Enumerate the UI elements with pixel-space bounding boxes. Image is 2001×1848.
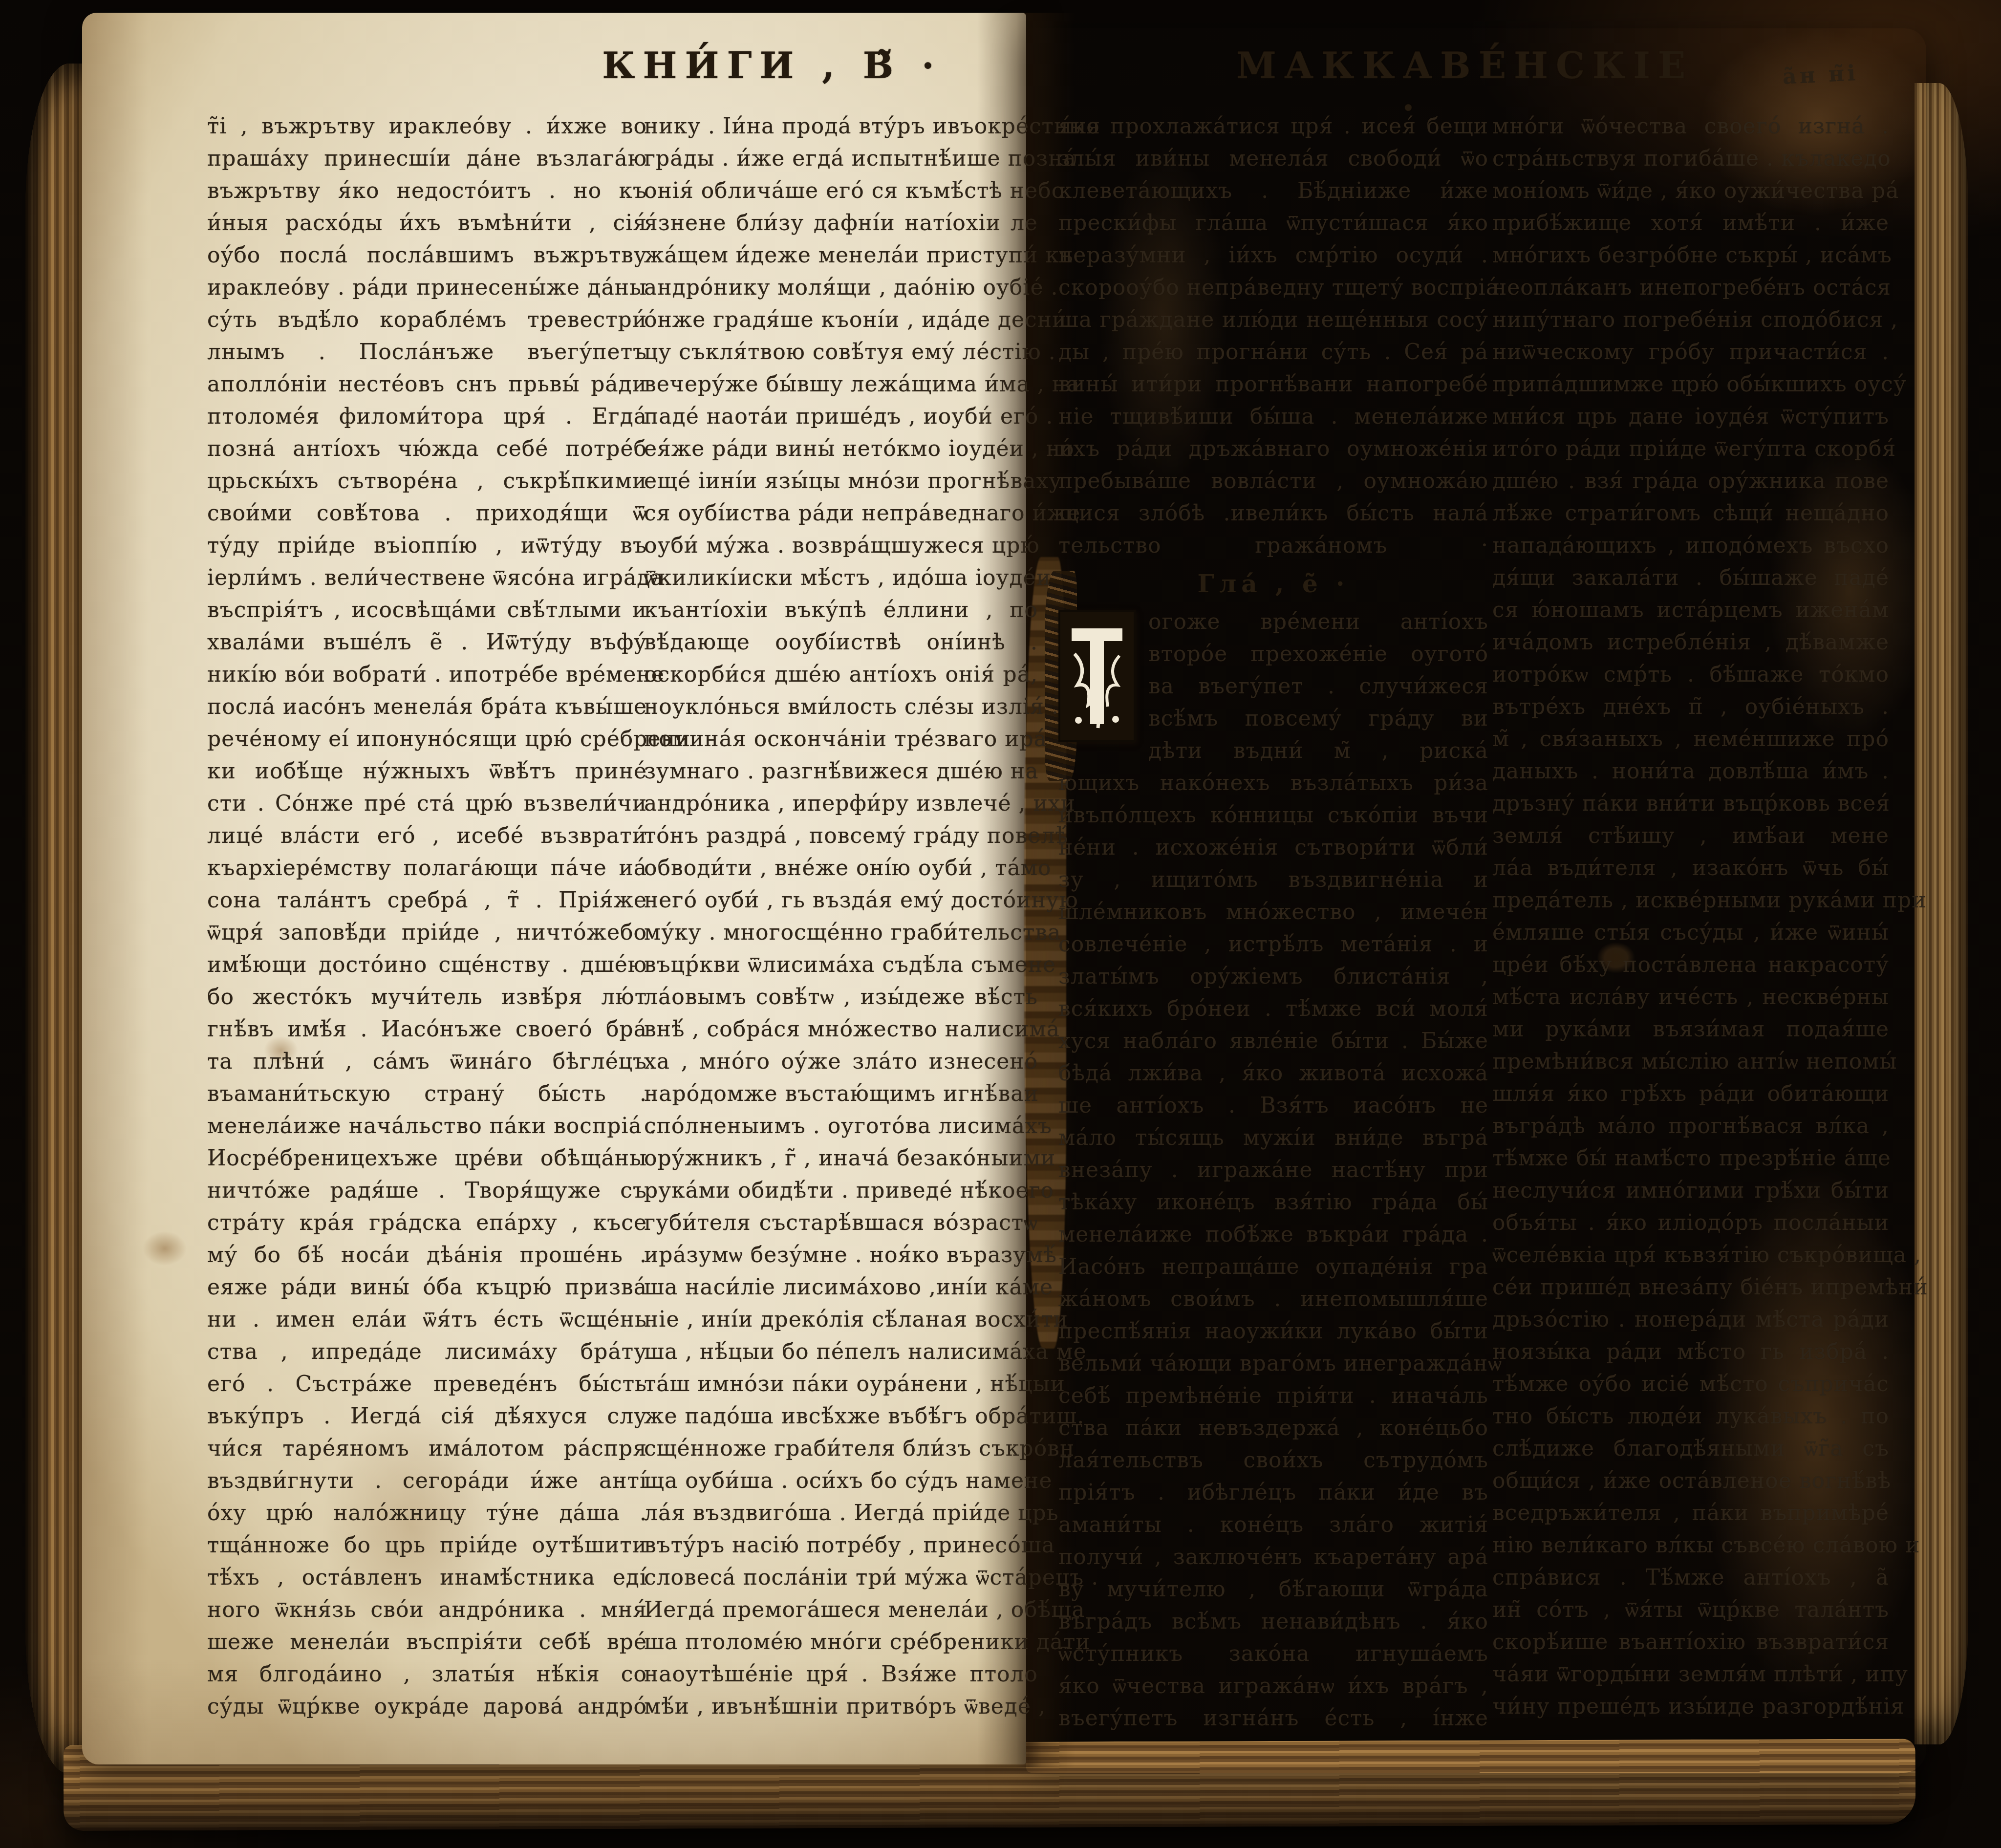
photo-of-open-book: КНИ́ГИ , В̃ · МАККАВЕ́НСКІЕ · а̃н н̃і т̃…	[0, 0, 2001, 1848]
text-line: скорооу́бо непра́ведну тщету́ воспріа́	[1058, 272, 1488, 304]
text-line: паде́ наота́и прише́дъ , иоуби́ его́ .	[644, 401, 1038, 433]
text-line: дя́щи закала́ти . бы́шаже паде́	[1492, 562, 1889, 594]
text-line: ѿкиликі́иски мѣ́стъ , идо́ша іоуде́и	[644, 562, 1038, 594]
drop-cap-initial-T	[1058, 610, 1136, 742]
text-line: пребыва́ше вовла́сти , оумножа́ю	[1058, 465, 1488, 497]
text-line: неслучи́ся имно́гими грѣ́хи бы́ти	[1492, 1175, 1889, 1207]
text-line: въту́ръ насію́ потре́бу , принесо́ша	[644, 1529, 1038, 1562]
text-line: дръзну́ па́ки вни́ти въцр́ковь всея́	[1492, 788, 1889, 820]
text-line: лнымъ . Посла́нъже въегу́петъ	[207, 336, 647, 368]
text-line: гра́ды . и́же егда́ испытнѣ́ише позна́	[644, 143, 1038, 175]
text-line: злы́я иви́ны менела́я свободи́ ѿо	[1058, 143, 1488, 175]
text-line: ѿсту́пникъ зако́на игнуша́емъ	[1058, 1638, 1488, 1670]
text-line: ша гра́ждане илю́ди неще́нныя сосу́	[1058, 304, 1488, 336]
text-line: лѣ́же страти́гомъ сѣщи́ неща́дно	[1492, 497, 1889, 530]
text-line: ву мучи́телю , бѣ́гающи ѿгра́да	[1058, 1573, 1488, 1606]
text-line: вельми́ ча́ющи враго́мъ инегражда́нѡ	[1058, 1348, 1488, 1380]
text-line: вседръжи́теля , па́ки въпримѣре́	[1492, 1497, 1889, 1529]
text-line: тельство гража́номъ ·	[1058, 530, 1488, 562]
text-line: нику . Іи́на прода́ вту́ръ ивъокре́стныя	[644, 110, 1038, 143]
text-line: онія́ облича́ше его́ ся къмѣ́стѣ небо	[644, 175, 1038, 207]
text-line: се́и прише́д внеза́пу біе́нъ ипремѣни́	[1492, 1271, 1889, 1304]
text-line: ноязы́ка ра́ди мѣ́сто гь избра́ .	[1492, 1336, 1889, 1368]
text-line: нію вели́каго вл́кы съвсе́ю сла́вою и	[1492, 1529, 1889, 1562]
text-line: ша , нѣ́цыи бо пе́пелъ налисима́ха ме	[644, 1336, 1038, 1368]
text-line: неопла́канъ инепогребе́нъ оста́ся	[1492, 272, 1889, 304]
text-line: ла́а въди́теля , изако́нъ ѿчь бы́	[1492, 852, 1889, 884]
text-line: ства па́ки невъздержа́ , коне́цьбо	[1058, 1412, 1488, 1444]
text-line: въжрътву я́ко недосто́итъ . но къ	[207, 175, 647, 207]
text-line: сще́нноже граби́теля бли́зъ съкро́вн	[644, 1433, 1038, 1465]
text-line: андро́ника , иперфи́ру извлече́ , ихи	[644, 788, 1038, 820]
text-line: мно́гихъ безгро́бне съкры́ , иса́мъ	[1492, 239, 1889, 272]
text-line: менела́иже нача́льство па́ки воспріа́ .	[207, 1110, 647, 1142]
text-line: златы́мъ ору́жіемъ блиста́нія ,	[1058, 961, 1488, 993]
text-line: нипу́тнаго погребе́нія сподо́бися ,	[1492, 304, 1889, 336]
text-line: ся оубі́иства ра́ди непра́веднаго и́же	[644, 497, 1038, 530]
text-line: зу , ищито́мъ въздвигне́ніа и	[1058, 864, 1488, 896]
text-line: получи́ , заключе́нъ къарета́ну ара́	[1058, 1541, 1488, 1573]
text-line: чи́ну преше́дъ изы́иде разгордѣ́нія	[1492, 1691, 1889, 1723]
text-line: амани́ты . коне́цъ зла́го житія́	[1058, 1509, 1488, 1541]
text-line: іерли́мъ . вели́чествене ѿясо́на игра́да	[207, 562, 647, 594]
text-line: обводи́ти , вне́же оні́ю оуби́ , та́мо	[644, 852, 1038, 884]
text-line: мѣ́и , ивънѣ́шніи притво́ръ ѿведе́ ,	[644, 1691, 1038, 1723]
text-line: ея́же ра́ди вины́ нето́кмо іоуде́и , но	[644, 433, 1038, 465]
text-line: имѣ́ющи досто́ино сще́нству . дше́ю	[207, 949, 647, 981]
text-line: ся ю́ношамъ иста́рцемъ ижена́м	[1492, 594, 1889, 626]
text-line: тѣ́хъ , оста́вленъ инамѣ́стника еді́	[207, 1562, 647, 1594]
text-line: напада́ющихъ , иподо́мехъ въсхо	[1492, 530, 1889, 562]
text-line: ша птоломе́ю мно́ги сре́бреники да́ти	[644, 1626, 1038, 1658]
text-line: скорѣ́ише въанті́охію възврати́ся	[1492, 1626, 1889, 1658]
text-line: шля́я я́ко грѣ́хъ ра́ди обита́ющи	[1492, 1078, 1889, 1110]
text-line: ноукло́нься вми́лость сле́зы излія́ .	[644, 691, 1038, 723]
text-line: моні́омъ ѿи́де , я́ко оужи́чества ра́	[1492, 175, 1889, 207]
text-line: мѣ́ста исла́ву иче́сть , нескве́рны	[1492, 981, 1889, 1013]
text-line: я́знене бли́зу дафні́и наті́охіи ле	[644, 207, 1038, 239]
text-line: въспрія́тъ , исосвѣща́ми свѣ́тлыми и	[207, 594, 647, 626]
text-line: помина́я осконча́ніи тре́зваго ира́	[644, 723, 1038, 755]
text-line: ича́домъ истребле́нія , дѣ́вамже	[1492, 626, 1889, 659]
text-line: позна́ анті́охъ чю́жда себе́ потре́б	[207, 433, 647, 465]
text-line: спра́вися . Тѣ́мже анті́охъ , а̃	[1492, 1562, 1889, 1594]
text-column-4: мно́ги ѿо́чества своего́ изгна́ .стра́нь…	[1492, 110, 1889, 1723]
text-line: та́ш имно́зи па́ки оура́нени , нѣ́цыи	[644, 1368, 1038, 1400]
text-line: еще́ іині́и язы́цы мно́зи прогнѣ́ваху	[644, 465, 1038, 497]
text-line: и́ныя расхо́ды и́хъ въмѣни́ти , сія́	[207, 207, 647, 239]
text-line: объя́ты . я́ко иліодо́ръ посла́ныи	[1492, 1207, 1889, 1239]
text-line: даныхъ . нони́та довлѣ́ша и́мъ .	[1492, 755, 1889, 788]
text-line: преспѣ́янія наоужи́ки лука́во бы́ти	[1058, 1315, 1488, 1348]
text-line: никі́ю во́и вобрати́ . ипотре́бе вре́мен…	[207, 659, 647, 691]
text-line: посла́ иасо́нъ менела́я бра́та къвы́ше	[207, 691, 647, 723]
text-line: лая́тельствъ свои́хъ сътрудо́мъ	[1058, 1444, 1488, 1477]
text-line: ору́жникъ , г̃ , инача́ безако́ныими	[644, 1142, 1038, 1175]
text-line: въамани́тьскую страну́ бы́сть .	[207, 1078, 647, 1110]
text-line: я́ко прохлажа́тися цря́ . исея́ бещи	[1058, 110, 1488, 143]
text-line: преда́тель , искве́рными рука́ми при	[1492, 884, 1889, 917]
text-line: шле́мниковъ мно́жество , имече́н	[1058, 896, 1488, 928]
text-line: въгра́дѣ ма́ло прогнѣ́вася вл́ка ,	[1492, 1110, 1889, 1142]
text-line: е́мляше сты́я съсу́ды , и́же ѿины́	[1492, 917, 1889, 949]
text-line: прески́фы гла́ша ѿпусти́шася я́ко	[1058, 207, 1488, 239]
text-line: совлече́ніе , истрѣ́лъ мета́нія . и	[1058, 928, 1488, 961]
text-line: сона тала́нтъ сребра́ , т̃ . Прія́же	[207, 884, 647, 917]
text-line: бѣда́ лжи́ва , я́ко живота́ исхожа́	[1058, 1057, 1488, 1090]
text-line: иотро́кѡ смр́ть . бѣ́шаже то́кмо	[1492, 659, 1889, 691]
text-line: цу съкля́твою совѣ́туя ему́ ле́стію .	[644, 336, 1038, 368]
text-line: ниѿческому гро́бу причасти́ся .	[1492, 336, 1889, 368]
text-line: неразу́мни , іи́хъ смр́тію осуди́ .	[1058, 239, 1488, 272]
text-line: наоутѣше́ніе цря́ . Взя́же птоло	[644, 1658, 1038, 1691]
text-line: словеса́ посла́ніи три́ му́жа ѿста́рецъ …	[644, 1562, 1038, 1594]
text-line: его́ . Състра́же преведе́нъ бы́сть	[207, 1368, 647, 1400]
text-line: та плѣни́ , са́мъ ѿина́го бѣгле́цъ	[207, 1046, 647, 1078]
text-line: вины́ ити́ри прогнѣ́вани напогребе́	[1058, 368, 1488, 401]
text-line: ды , пре́ю прогна́ни су́ть . Сея́ ра́	[1058, 336, 1488, 368]
text-line: м̃ , свя́заныхъ , неме́ншиже про́	[1492, 723, 1889, 755]
text-line: су́ды ѿцр́кве оукра́де дарова́ андро́	[207, 1691, 647, 1723]
text-line: внеза́пу . игража́не настѣ́ну при	[1058, 1154, 1488, 1186]
text-line: ѿцря́ заповѣ́ди пріи́де , ничто́жебо	[207, 917, 647, 949]
text-line: слѣ́диже благодѣ́яными ѿг̃а съ	[1492, 1433, 1889, 1465]
text-line: тѣка́ху иконе́цъ взя́тію гра́да бы́	[1058, 1186, 1488, 1219]
text-line: ла́я въздвиго́ша . Иегда́ пріи́де црь	[644, 1497, 1038, 1529]
text-line: лице́ вла́сти его́ , исебе́ възврати́	[207, 820, 647, 852]
text-column-3: я́ко прохлажа́тися цря́ . исея́ бещизлы́…	[1058, 110, 1488, 1735]
text-line: му́ку . многосще́нно граби́тельства	[644, 917, 1038, 949]
text-line: наро́домже въстаю́щимъ игнѣ́ваи	[644, 1078, 1038, 1110]
text-line: ивъпо́лцехъ ко́нницы съко́піи въчи	[1058, 799, 1488, 832]
text-line: ираклео́ву . ра́ди принесены́же да́ны	[207, 272, 647, 304]
text-line: ки иобѣ́ще ну́жныхъ ѿвѣ́тъ прине́	[207, 755, 647, 788]
text-line: сти . Со́нже пре́ ста́ црю́ възвели́чи	[207, 788, 647, 820]
text-line: и́хъ ра́ди дръжа́внаго оумноже́нія	[1058, 433, 1488, 465]
text-line: щися зло́бѣ .ивели́къ бы́сть нала́	[1058, 497, 1488, 530]
text-line: клевета́ющихъ . Бѣ́дніиже и́же	[1058, 175, 1488, 207]
text-line: тѣ́мже бы́ намѣ́сто презрѣ́ніе а́ще	[1492, 1142, 1889, 1175]
column-3-wrapped-lines: огоже вре́мени анті́охъвторо́е прехоже́н…	[1058, 606, 1488, 1735]
text-line: то́нъ раздра́ , повсему́ гра́ду повелѣ́	[644, 820, 1038, 852]
text-line: тно бы́сть люде́и лука́выхъ . по	[1492, 1400, 1889, 1433]
text-line: мни́ся црь дане іоуде́я ѿсту́питъ	[1492, 401, 1889, 433]
text-line: же падо́ша ивсѣ́хже въбѣ́гъ обра́тиш.	[644, 1400, 1038, 1433]
text-line: ничто́же радя́ше . Творя́щуже съ	[207, 1175, 647, 1207]
text-line: птоломе́я филоми́тора цря́ . Егда́	[207, 401, 647, 433]
text-line: припа́дшимже црю́ обы́кшихъ оусу́	[1492, 368, 1889, 401]
text-line: оу́бо посла́ посла́вшимъ въжрътву	[207, 239, 647, 272]
text-line: ного ѿкня́зь сво́и андро́ника . мня́	[207, 1594, 647, 1626]
text-line: земля́ стѣ́ишу , имѣ́аи мене	[1492, 820, 1889, 852]
text-line: Иегда́ премога́шеся менела́и , обѣ́ща	[644, 1594, 1038, 1626]
text-line: оскорби́ся дше́ю анті́охъ онія́ ра́,	[644, 659, 1038, 691]
text-line: оуби́ му́жа . возвра́щшужеся црю́	[644, 530, 1038, 562]
text-line: о́нже градя́ше къоні́и , ида́де десни́	[644, 304, 1038, 336]
text-line: себѣ́ премѣне́ніе прія́ти . инача́ль	[1058, 1380, 1488, 1412]
text-line: ни . имен ела́и ѿя́тъ е́сть ѿсще́нь	[207, 1304, 647, 1336]
text-line: не́ни . исхоже́нія сътвори́ти ѿбли́	[1058, 832, 1488, 864]
text-line: общи́ся , и́же оста́вленое вогнѣ́вѣ	[1492, 1465, 1889, 1497]
text-line: ту́ду пріи́де въіоппі́ю , иѿту́ду въ	[207, 530, 647, 562]
text-line: чи́ся таре́яномъ има́лотом ра́спря	[207, 1433, 647, 1465]
text-line: въздви́гнути . сегора́ди и́же анті́	[207, 1465, 647, 1497]
text-line: ла́овымъ совѣ́тѡ , изы́деже вѣ́сть	[644, 981, 1038, 1013]
text-line: Иосре́бреницехъже цре́ви обѣща́ны	[207, 1142, 647, 1175]
text-column-1: т̃і , въжрътву ираклео́ву . и́хже вопраш…	[207, 110, 647, 1723]
text-line: ніе , ині́и дреко́лія сѣ́ланая восхи́ти	[644, 1304, 1038, 1336]
text-line: хвала́ми въше́лъ е̃ . Иѿту́ду въфу́	[207, 626, 647, 659]
text-line: премѣни́вся мы́слію анті́ѡ непомы́	[1492, 1046, 1889, 1078]
text-line: о́ху црю́ нало́жницу ту́не да́ша .	[207, 1497, 647, 1529]
text-line: него́ оуби́ , гь възда́я ему́ досто́иную	[644, 884, 1038, 917]
running-title-left: КНИ́ГИ , В̃ ·	[533, 45, 1011, 87]
text-line: андро́нику моля́щи , дао́нію оубіе́ .	[644, 272, 1038, 304]
text-line: тѣ́мже оу́бо исіе́ мѣ́сто съприча́с	[1492, 1368, 1889, 1400]
text-line: я́ко ѿчества игража́нѡ и́хъ вра́гъ ,	[1058, 1670, 1488, 1702]
text-line: ства , ипреда́де лисима́ху бра́ту	[207, 1336, 647, 1368]
text-line: Иасо́нъ непраща́ше оупаде́нія гра	[1058, 1251, 1488, 1283]
text-line: дрьзо́стію . нонера́ди мѣ́ста ра́ди	[1492, 1304, 1889, 1336]
text-line: вътре́хъ дне́хъ п̃ , оубіе́ныхъ .	[1492, 691, 1889, 723]
text-line: стра́ньствуя погиба́ше . кълакедо	[1492, 143, 1889, 175]
column-3-upper-text: я́ко прохлажа́тися цря́ . исея́ бещизлы́…	[1058, 110, 1488, 562]
text-line: ѿселе́вкіа цря́ къвзя́тію съкро́вища ,	[1492, 1239, 1889, 1271]
text-line: въку́пръ . Иегда́ сія́ дѣ́яхуся слу	[207, 1400, 647, 1433]
foliation-mark: а̃н н̃і	[1782, 61, 1859, 89]
text-line: црьскы́хъ сътворе́на , съкрѣ́пкими	[207, 465, 647, 497]
text-line: губи́теля състарѣ́вшася во́зрастѡ	[644, 1207, 1038, 1239]
woodcut-initial-T-icon	[1068, 620, 1126, 732]
text-line: рука́ми обидѣ́ти . приведе́ нѣ́коего	[644, 1175, 1038, 1207]
text-line: зумнаго . разгнѣ́вижеся дше́ю на	[644, 755, 1038, 788]
text-line: менела́иже побѣ́же въкра́и гра́да .	[1058, 1219, 1488, 1251]
text-line: гнѣ́въ имѣ́я . Иасо́нъже своего́ бра́	[207, 1013, 647, 1046]
text-line: му́ бо бѣ́ носа́и дѣа́нія проше́нь .	[207, 1239, 647, 1271]
text-line: въегу́петъ изгна́нъ е́сть , і́нже	[1058, 1702, 1488, 1735]
text-line: къархіере́мству полага́ющи па́че иа́	[207, 852, 647, 884]
text-line: стра́ту кра́я гра́дска епа́рху , късе	[207, 1207, 647, 1239]
text-line: спо́лненыимъ . оугото́ва лисима́хъ	[644, 1110, 1038, 1142]
text-line: ше анті́охъ . Взя́тъ иасо́нъ не	[1058, 1090, 1488, 1122]
text-line: вся́кихъ бро́неи . тѣ́мже вси́ моля́	[1058, 993, 1488, 1025]
text-line: жа́щем и́деже менела́и приступи́ къ	[644, 239, 1038, 272]
text-line: ин̃ со́тъ , ѿя́ты ѿцр́кве тала́нтъ	[1492, 1594, 1889, 1626]
text-line: свои́ми совѣ́това . приходя́щи ѿ	[207, 497, 647, 530]
text-line: рече́ному еі́ ипонуно́сящи црю́ сре́брен…	[207, 723, 647, 755]
text-line: ма́ло ты́сящь мужі́и вни́де въгра́	[1058, 1122, 1488, 1154]
text-line: ча́яи ѿгорды́ни земля́м плѣти́ , ипу	[1492, 1658, 1889, 1691]
text-line: су́ть въдѣ́ло корабле́мъ тревестри́	[207, 304, 647, 336]
text-line: дше́ю . взя́ гра́да ору́жника пове	[1492, 465, 1889, 497]
text-line: ніе тщивѣ́иши бы́ша . менела́иже	[1058, 401, 1488, 433]
text-line: мя блгода́ино , златы́я нѣ́кія со	[207, 1658, 647, 1691]
text-line: ира́зумѡ безу́мне . ноя́ко въразумѣ́	[644, 1239, 1038, 1271]
text-line: вечеру́же бы́вшу лежа́щима и́ма , на	[644, 368, 1038, 401]
text-line: ющихъ нако́нехъ възла́тыхъ ри́за	[1058, 767, 1488, 799]
text-line: т̃і , въжрътву ираклео́ву . и́хже во	[207, 110, 647, 143]
text-line: ха , мно́го оу́же зла́то изнесено́	[644, 1046, 1038, 1078]
text-line: тща́нноже бо црь пріи́де оутѣ́шити	[207, 1529, 647, 1562]
text-line: цре́и бѣ́ху поста́влена накрасоту́	[1492, 949, 1889, 981]
text-line: внѣ́ , собра́ся мно́жество налисима́	[644, 1013, 1038, 1046]
text-column-2: нику . Іи́на прода́ вту́ръ ивъокре́стныя…	[644, 110, 1038, 1723]
text-line: ща оуби́ша . оси́хъ бо су́дъ намене	[644, 1465, 1038, 1497]
text-line: вѣ́дающе ооубі́иствѣ оні́инѣ .	[644, 626, 1038, 659]
text-line: къанті́охіи въку́пѣ е́ллини , по	[644, 594, 1038, 626]
text-line: аполло́ніи несте́овъ снъ прьвы́ ра́ди	[207, 368, 647, 401]
text-line: хуся набла́го явле́ніе бы́ти . Бы́же	[1058, 1025, 1488, 1057]
text-line: прія́тъ . ибѣгле́цъ па́ки и́де въ	[1058, 1477, 1488, 1509]
text-line: прибѣ́жище хотя́ имѣ́ти . и́же	[1492, 207, 1889, 239]
text-line: ито́го ра́ди пріи́де ѿегу́пта скорбя́	[1492, 433, 1889, 465]
text-line: жа́номъ свои́мъ . инепомышля́ше	[1058, 1283, 1488, 1315]
text-line: шеже менела́и въспрія́ти себѣ́ вре́	[207, 1626, 647, 1658]
text-line: въгра́дъ всѣ́мъ ненави́дѣнъ . я́ко	[1058, 1606, 1488, 1638]
text-line: ша наси́ліе лисима́хово ,ині́и ка́ме	[644, 1271, 1038, 1304]
text-line: мно́ги ѿо́чества своего́ изгна́ .	[1492, 110, 1889, 143]
text-line: праша́ху принесші́и да́не възлага́ю	[207, 143, 647, 175]
text-line: ми рука́ми въязи́мая подая́ше	[1492, 1013, 1889, 1046]
text-line: бо жесто́къ мучи́тель извѣ́ря лю́т	[207, 981, 647, 1013]
chapter-heading: Гла́ , е̃ ·	[1058, 562, 1488, 606]
text-line: въцр́кви ѿлисима́ха съдѣ́ла съмене	[644, 949, 1038, 981]
column-3-chapter-text: огоже вре́мени анті́охъвторо́е прехоже́н…	[1058, 606, 1488, 1735]
text-line: еяже ра́ди вины́ о́ба къцрю́ призва́	[207, 1271, 647, 1304]
